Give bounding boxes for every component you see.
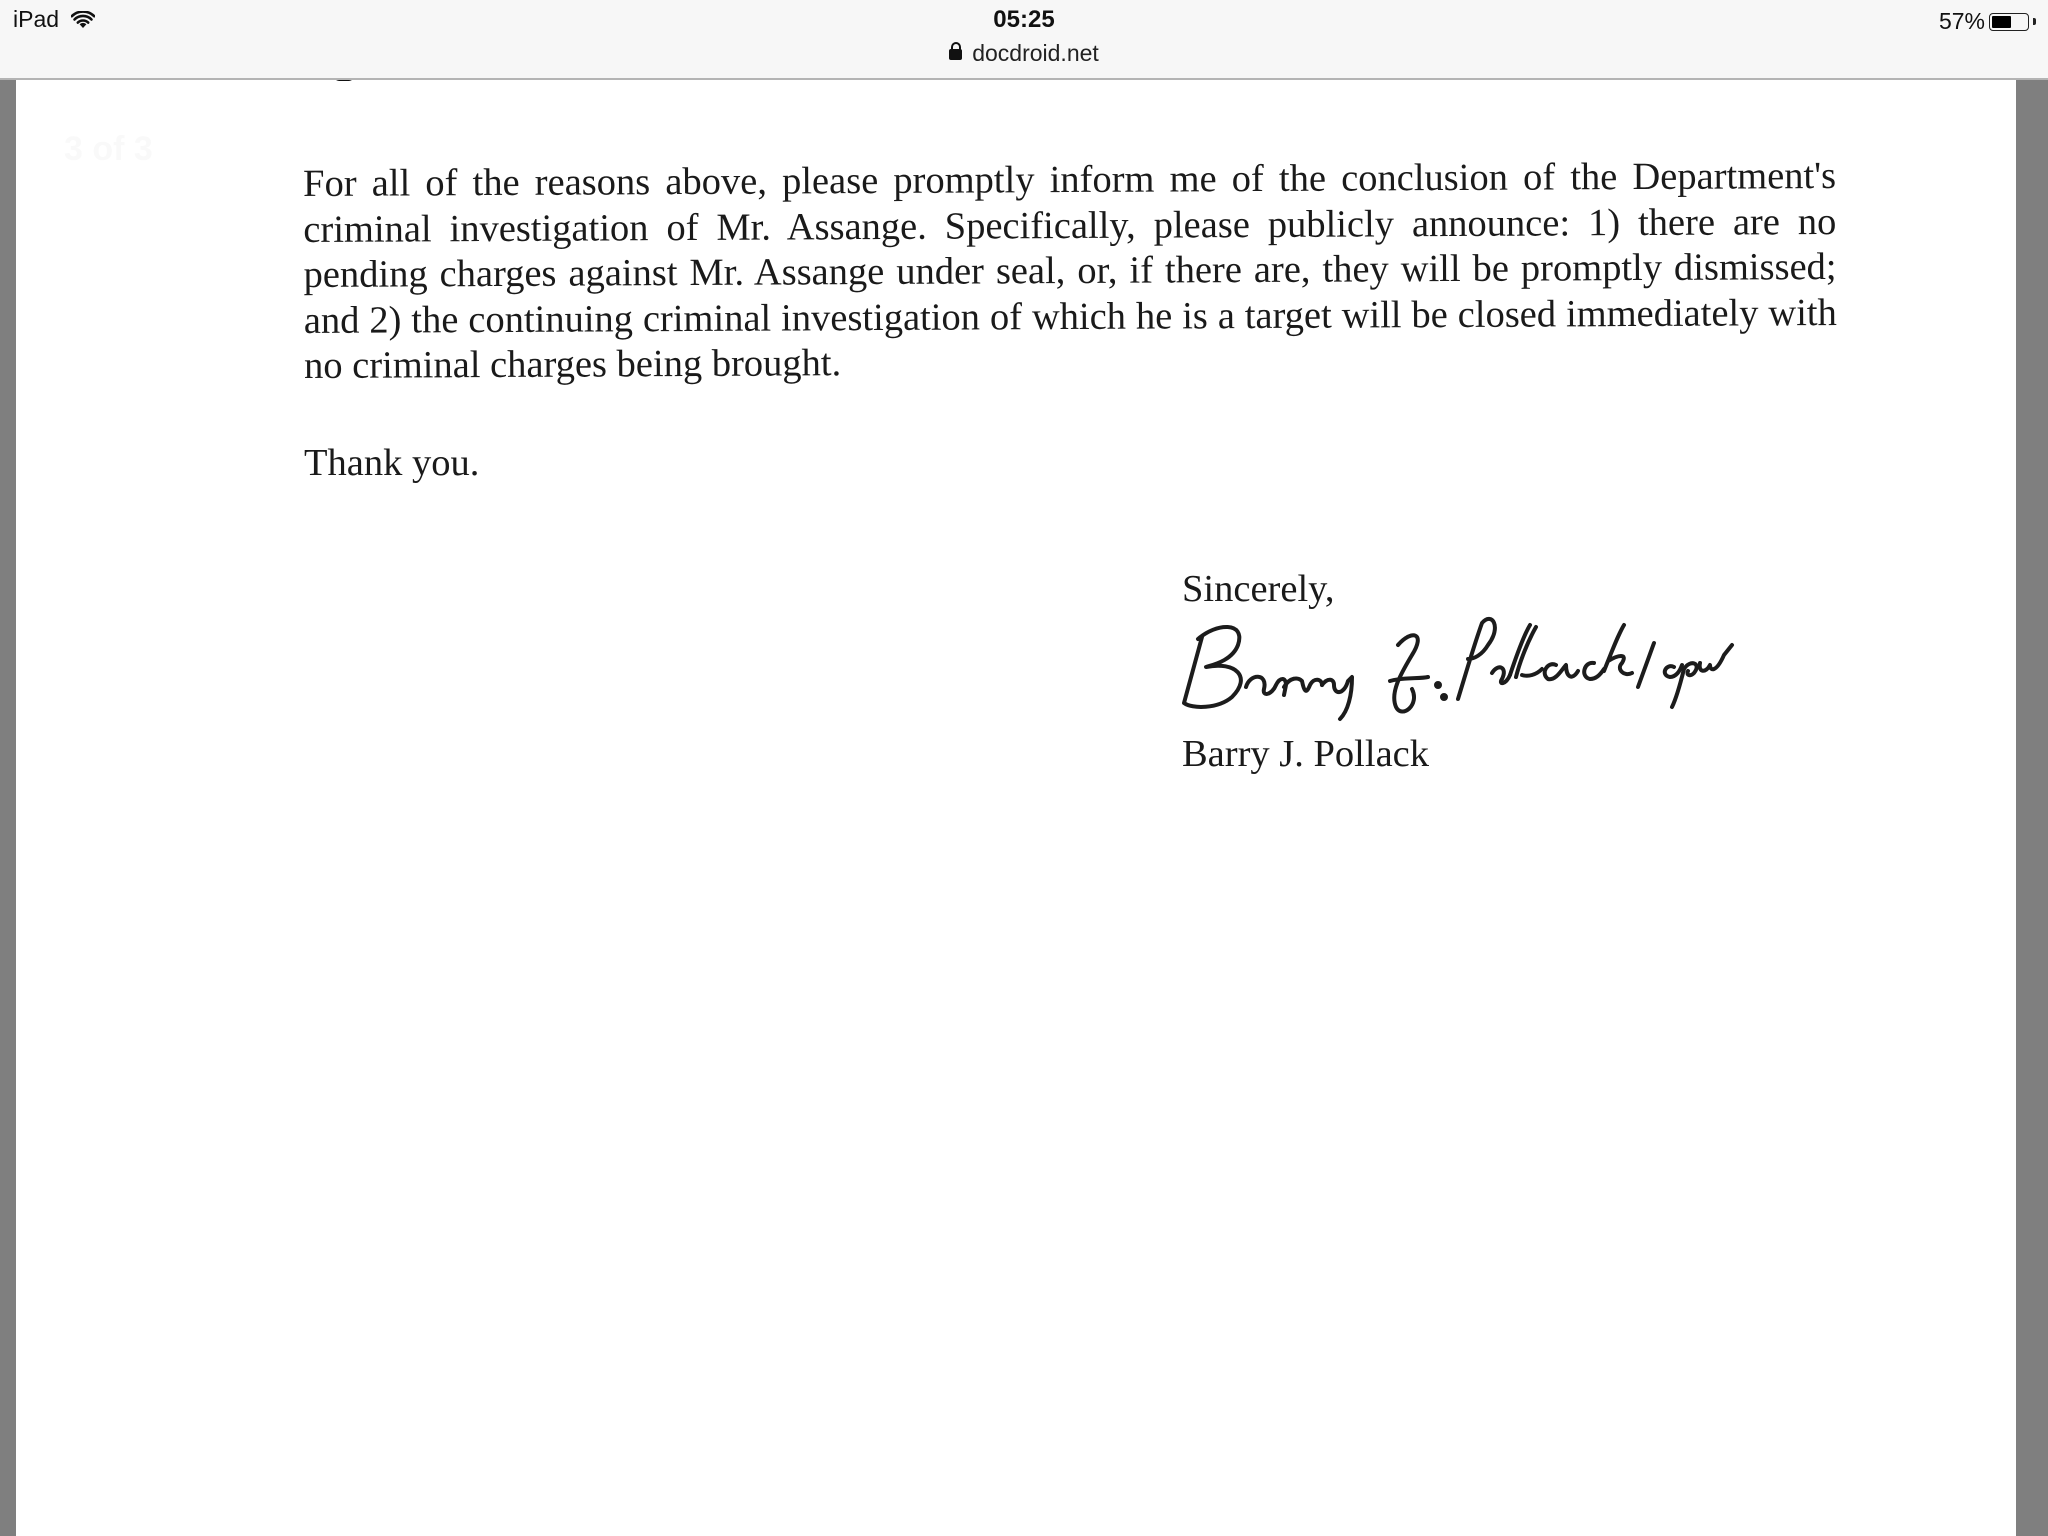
closing-salutation: Sincerely, [1182, 567, 1335, 611]
ios-status-bar: iPad 05:25 docdroid.net 57% [0, 0, 2048, 80]
address-bar[interactable]: docdroid.net [0, 40, 2048, 67]
document-page[interactable]: 3 of 3 For all of the reasons above, ple… [16, 80, 2016, 1536]
signer-name: Barry J. Pollack [1182, 732, 1429, 776]
body-paragraph: For all of the reasons above, please pro… [303, 154, 1837, 390]
battery-icon [1989, 13, 2029, 31]
battery-indicator: 57% [1939, 8, 2036, 35]
battery-level-fill [1992, 16, 2011, 28]
thank-you-line: Thank you. [304, 441, 479, 485]
page-indicator: 3 of 3 [64, 130, 153, 169]
battery-percent: 57% [1939, 8, 1985, 35]
url-text: docdroid.net [972, 40, 1099, 66]
handwritten-signature [1176, 615, 1736, 725]
battery-tip [2033, 18, 2036, 25]
lock-icon [949, 49, 962, 60]
clock: 05:25 [0, 6, 2048, 34]
